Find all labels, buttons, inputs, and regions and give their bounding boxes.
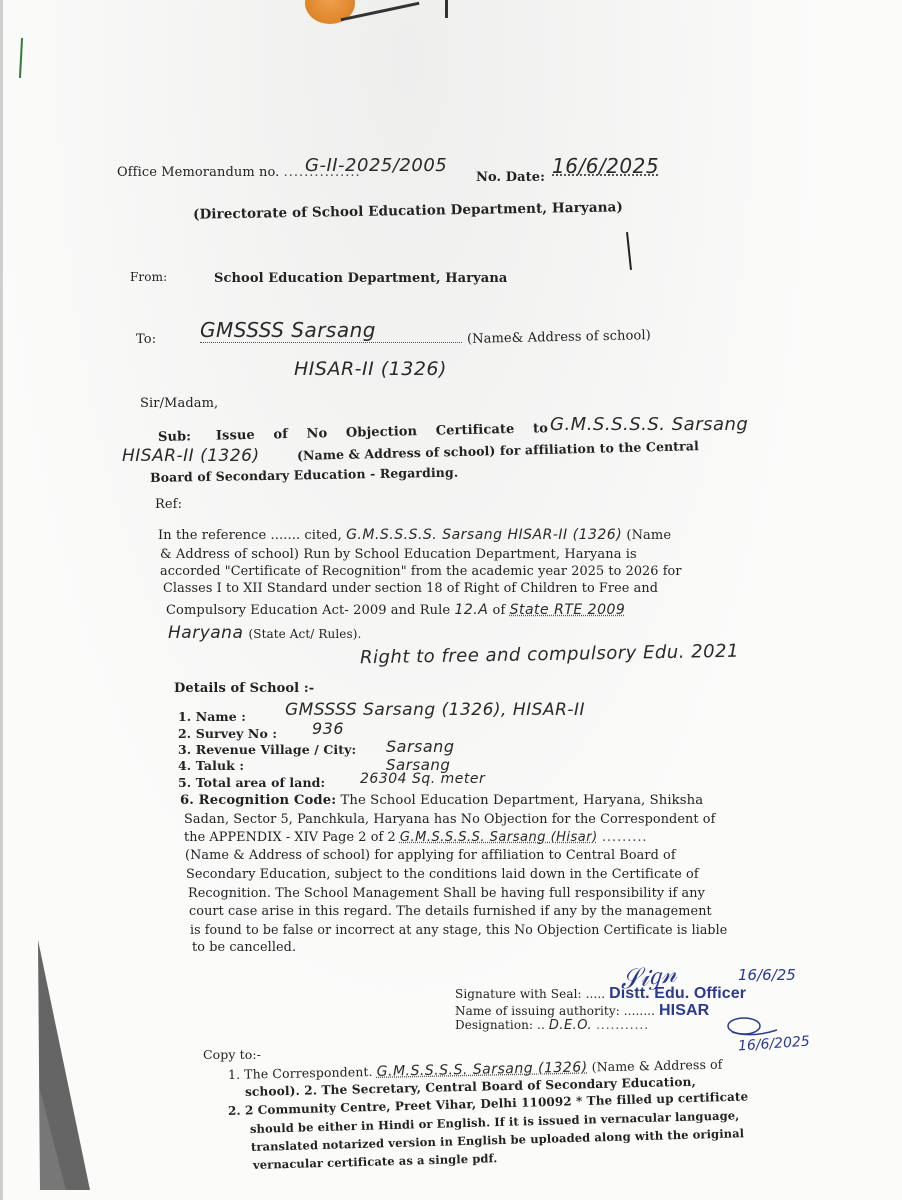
authority-label: Name of issuing authority: ........ [455, 1004, 655, 1018]
recognition-line-1: 6. Recognition Code: The School Educatio… [180, 792, 703, 809]
recognition-line-5: Secondary Education, subject to the cond… [186, 866, 699, 883]
page-shadow-wedge [36, 940, 96, 1200]
subject-location-handwritten: HISAR-II (1326) [122, 446, 260, 466]
reference-line-6: Haryana (State Act/ Rules). [168, 624, 361, 643]
seal-stamp: Distt. Edu. Officer [609, 985, 746, 1002]
detail-taluk-label: 4. Taluk : [178, 758, 244, 773]
reference-text-act: Compulsory Education Act- 2009 and Rule [166, 603, 450, 618]
appendix-text: the APPENDIX - XIV Page 2 of 2 [184, 830, 396, 845]
reference-text-a: In the reference ....... cited, [158, 528, 342, 543]
copy-item-1-text-b: (Name & Address of [592, 1057, 723, 1075]
rule-number-handwritten: 12.A [454, 602, 488, 618]
left-page-edge [0, 0, 3, 1200]
reference-line-2: & Address of school) Run by School Educa… [160, 546, 637, 563]
details-heading: Details of School :- [174, 681, 314, 696]
ref-label: Ref: [155, 497, 182, 512]
to-school-handwritten: GMSSSS Sarsang [200, 318, 462, 343]
detail-village-label: 3. Revenue Village / City: [178, 742, 356, 757]
date-label: No. Date: [476, 170, 545, 185]
designation-label: Designation: .. [455, 1018, 545, 1032]
reference-line-4: Classes I to XII Standard under section … [163, 580, 658, 597]
salutation: Sir/Madam, [140, 396, 218, 411]
reference-line-3: accorded "Certificate of Recognition" fr… [160, 563, 682, 580]
reference-school-handwritten: G.M.S.S.S.S. Sarsang HISAR-II (1326) [346, 527, 622, 543]
subject-school-handwritten: G.M.S.S.S.S. Sarsang [550, 414, 748, 435]
state-handwritten: Haryana [168, 623, 243, 643]
reference-text-of: of [493, 603, 506, 618]
detail-survey-value: 936 [312, 719, 344, 738]
detail-survey-label: 2. Survey No : [178, 726, 277, 741]
memo-number-handwritten: G-II-2025/2005 [305, 155, 447, 176]
recognition-line-9: to be cancelled. [192, 939, 296, 956]
recognition-line-2: Sadan, Sector 5, Panchkula, Haryana has … [184, 811, 715, 828]
state-act-note: (State Act/ Rules). [248, 627, 361, 641]
copy-item-1-text-a: 1. The Correspondent. [228, 1064, 373, 1082]
detail-land-label: 5. Total area of land: [178, 775, 325, 790]
from-label: From: [130, 270, 167, 284]
recognition-label: 6. Recognition Code: [180, 793, 336, 808]
recognition-school-handwritten: G.M.S.S.S.S. Sarsang (Hisar) [400, 830, 598, 845]
designation-dots: ........... [596, 1018, 649, 1032]
recognition-line-3: the APPENDIX - XIV Page 2 of 2 G.M.S.S.S… [184, 829, 647, 846]
recognition-dots: ......... [602, 830, 648, 845]
recognition-line-4: (Name & Address of school) for applying … [185, 847, 676, 864]
designation-line: Designation: .. D.E.O. ........... [455, 1018, 649, 1033]
wire-line-vertical [445, 0, 448, 18]
copy-to-heading: Copy to:- [203, 1047, 261, 1062]
state-rte-handwritten: State RTE 2009 [510, 602, 626, 618]
date-handwritten: 16/6/2025 [552, 154, 659, 178]
recognition-text-1: The School Education Department, Haryana… [341, 793, 704, 808]
recognition-line-8: is found to be false or incorrect at any… [190, 921, 727, 938]
signature-date-1: 16/6/25 [738, 966, 796, 984]
recognition-line-6: Recognition. The School Management Shall… [188, 885, 705, 902]
detail-name-label: 1. Name : [178, 709, 246, 724]
memo-label: Office Memorandum no. [117, 165, 279, 180]
reference-line-1: In the reference ....... cited, G.M.S.S.… [158, 527, 671, 544]
from-value: School Education Department, Haryana [214, 271, 507, 286]
designation-handwritten: D.E.O. [549, 1018, 592, 1033]
to-address-handwritten: HISAR-II (1326) [294, 358, 447, 380]
detail-land-value: 26304 Sq. meter [360, 771, 485, 787]
subject-label: Sub: [158, 429, 191, 445]
reference-text-b: (Name [626, 528, 671, 543]
detail-name-value: GMSSSS Sarsang (1326), HISAR-II [285, 700, 585, 720]
seal-line: Signature with Seal: ..... Distt. Edu. O… [455, 985, 746, 1003]
seal-label: Signature with Seal: ..... [455, 987, 605, 1001]
to-label: To: [136, 332, 156, 347]
reference-line-5: Compulsory Education Act- 2009 and Rule … [166, 602, 625, 619]
authority-stamp: HISAR [659, 1002, 709, 1019]
detail-village-value: Sarsang [386, 737, 454, 756]
recognition-line-7: court case arise in this regard. The det… [189, 903, 712, 920]
